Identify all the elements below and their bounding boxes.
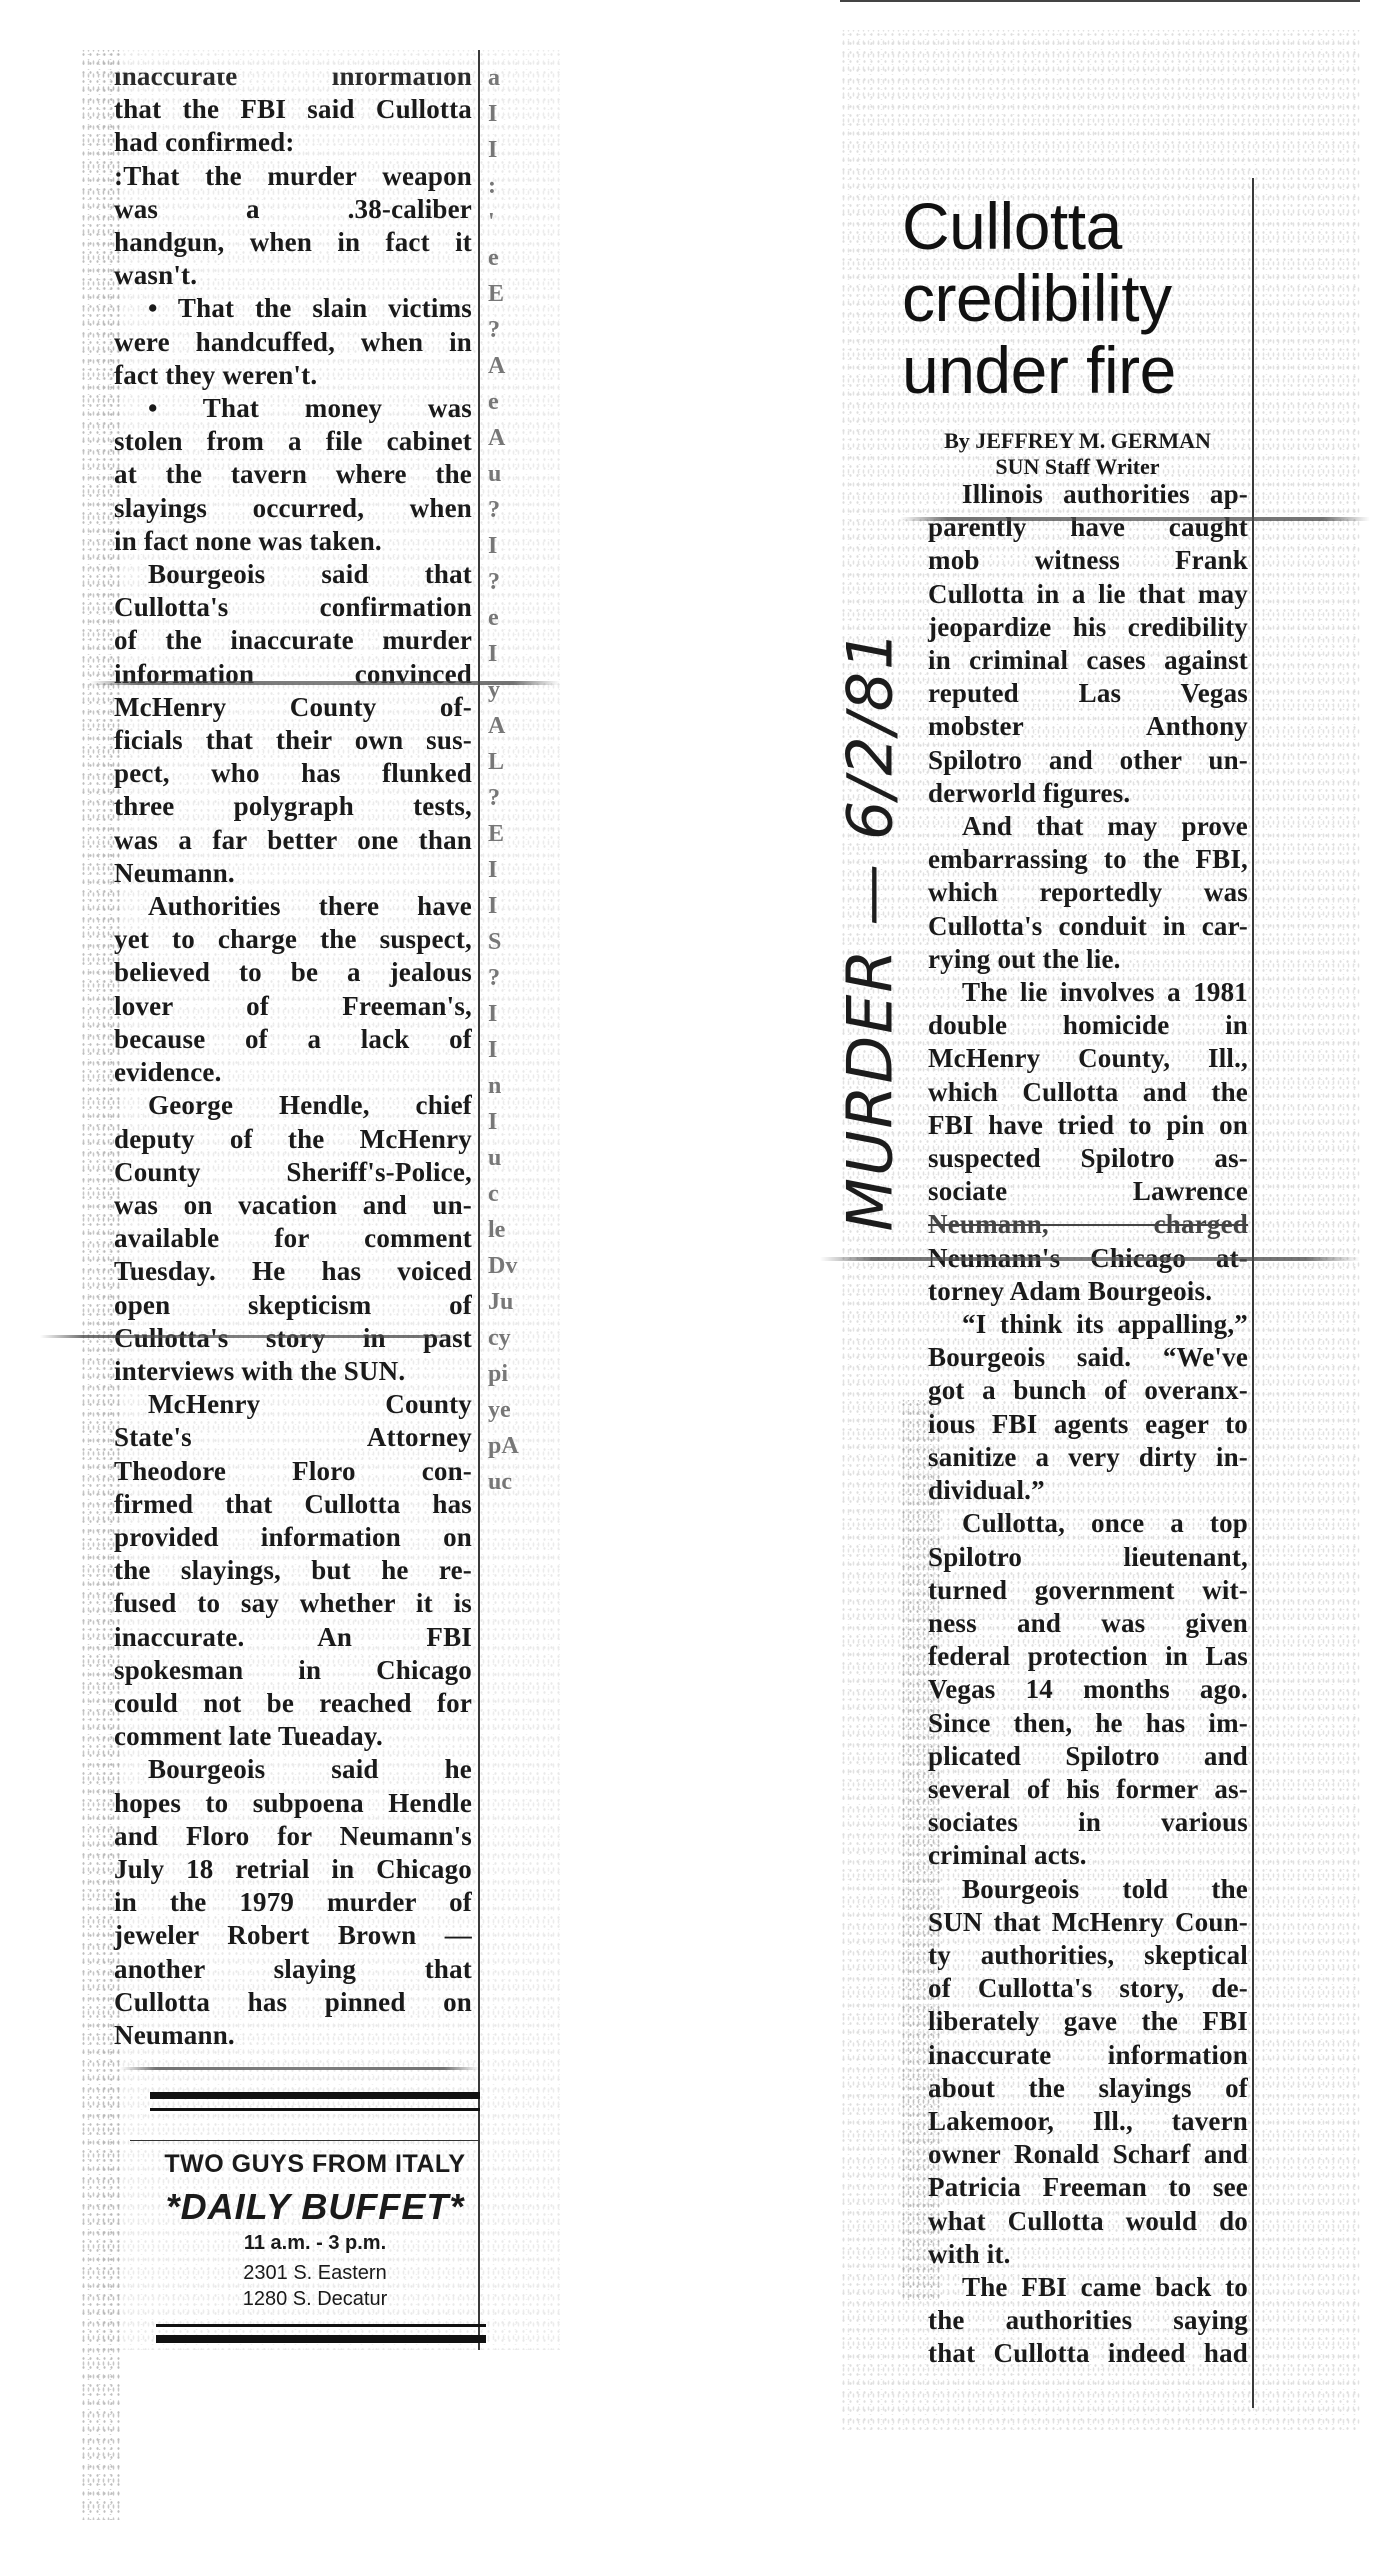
handwritten-date-note: MURDER — 6/2/81: [834, 629, 907, 1232]
text-line: interviews with the SUN.: [114, 1355, 472, 1388]
advertisement: TWO GUYS FROM ITALY *DAILY BUFFET* 11 a.…: [150, 2090, 490, 2350]
bleed-glyph: ?: [488, 312, 558, 348]
text-line: another slaying that: [114, 1953, 472, 1986]
text-line: plicated Spilotro and: [928, 1740, 1248, 1773]
bleed-glyph: I: [488, 996, 558, 1032]
bleed-glyph: Ju: [488, 1284, 558, 1320]
text-line: • That money was: [114, 392, 472, 425]
ad-title: TWO GUYS FROM ITALY: [150, 2150, 480, 2179]
text-line: SUN that McHenry Coun-: [928, 1906, 1248, 1939]
text-line: • That the slain victims: [114, 292, 472, 325]
bleed-glyph: A: [488, 420, 558, 456]
bleed-glyph: :: [488, 168, 558, 204]
bleed-glyph: ?: [488, 780, 558, 816]
text-line: Neumann.: [114, 2019, 472, 2052]
bleed-glyph: I: [488, 528, 558, 564]
text-line: which Cullotta and the: [928, 1076, 1248, 1109]
text-line: spokesman in Chicago: [114, 1654, 472, 1687]
text-line: McHenry County, Ill.,: [928, 1042, 1248, 1075]
text-line: open skepticism of: [114, 1289, 472, 1322]
text-line: evidence.: [114, 1056, 472, 1089]
bleed-glyph: S: [488, 924, 558, 960]
text-line: the slayings, but he re-: [114, 1554, 472, 1587]
text-line: And that may prove: [928, 810, 1248, 843]
text-line: jeweler Robert Brown —: [114, 1919, 472, 1952]
text-line: inaccurate. An FBI: [114, 1621, 472, 1654]
text-line: because of a lack of: [114, 1023, 472, 1056]
bleed-glyph: u: [488, 1140, 558, 1176]
ad-address: 1280 S. Decatur: [150, 2288, 480, 2311]
text-line: deputy of the McHenry: [114, 1123, 472, 1156]
bleed-glyph: A: [488, 708, 558, 744]
bleed-glyph: L: [488, 744, 558, 780]
text-line: slayings occurred, when: [114, 492, 472, 525]
fold-crease: [90, 681, 560, 685]
text-line: inaccurate information: [928, 2039, 1248, 2072]
bleed-glyph: le: [488, 1212, 558, 1248]
text-line: at the tavern where the: [114, 458, 472, 491]
fold-crease: [820, 1257, 1360, 1261]
bleed-glyph: pi: [488, 1356, 558, 1392]
text-line: hopes to subpoena Hendle: [114, 1787, 472, 1820]
text-line: criminal acts.: [928, 1839, 1248, 1872]
text-line: was a .38-caliber: [114, 193, 472, 226]
text-line: inaccurate information: [114, 60, 472, 93]
headline-line: credibility: [902, 262, 1252, 334]
bleed-glyph: I: [488, 96, 558, 132]
bleed-glyph: ': [488, 204, 558, 240]
headline-line: under fire: [902, 334, 1252, 406]
ad-address: 2301 S. Eastern: [150, 2262, 480, 2285]
text-line: Bourgeois told the: [928, 1873, 1248, 1906]
text-line: Tuesday. He has voiced: [114, 1255, 472, 1288]
text-line: three polygraph tests,: [114, 790, 472, 823]
text-line: got a bunch of overanx-: [928, 1374, 1248, 1407]
text-line: Bourgeois said that: [114, 558, 472, 591]
bleed-glyph: ye: [488, 1392, 558, 1428]
bleed-glyph: I: [488, 132, 558, 168]
text-line: Spilotro and other un-: [928, 744, 1248, 777]
text-line: comment late Tueaday.: [114, 1720, 472, 1753]
text-line: of the inaccurate murder: [114, 624, 472, 657]
text-line: mob witness Frank: [928, 544, 1248, 577]
ad-rule: [150, 2092, 480, 2099]
text-line: rying out the lie.: [928, 943, 1248, 976]
bleed-glyph: e: [488, 600, 558, 636]
text-line: derworld figures.: [928, 777, 1248, 810]
text-line: double homicide in: [928, 1009, 1248, 1042]
left-article-body: inaccurate informationthat the FBI said …: [114, 60, 472, 2052]
text-line: Lakemoor, Ill., tavern: [928, 2105, 1248, 2138]
text-line: embarrassing to the FBI,: [928, 843, 1248, 876]
text-line: McHenry County of-: [114, 691, 472, 724]
text-line: firmed that Cullotta has: [114, 1488, 472, 1521]
text-line: of Cullotta's story, de-: [928, 1972, 1248, 2005]
fold-crease: [40, 1335, 460, 1338]
bleed-glyph: u: [488, 456, 558, 492]
text-line: Vegas 14 months ago.: [928, 1673, 1248, 1706]
bleed-glyph: pA: [488, 1428, 558, 1464]
bleed-glyph: Dv: [488, 1248, 558, 1284]
ad-rule: [150, 2108, 480, 2111]
bleed-glyph: I: [488, 852, 558, 888]
text-line: Since then, he has im-: [928, 1707, 1248, 1740]
text-line: liberately gave the FBI: [928, 2005, 1248, 2038]
text-line: sociate Lawrence: [928, 1175, 1248, 1208]
text-line: State's Attorney: [114, 1421, 472, 1454]
text-line: Patricia Freeman to see: [928, 2171, 1248, 2204]
fold-crease: [120, 2067, 480, 2070]
text-line: federal protection in Las: [928, 1640, 1248, 1673]
text-line: that the FBI said Cullotta: [114, 93, 472, 126]
bleed-glyph: cy: [488, 1320, 558, 1356]
bleed-glyph: e: [488, 240, 558, 276]
byline-role: SUN Staff Writer: [905, 454, 1250, 480]
text-line: in the 1979 murder of: [114, 1886, 472, 1919]
text-line: The lie involves a 1981: [928, 976, 1248, 1009]
text-line: information convinced: [114, 658, 472, 691]
text-line: Cullotta's conduit in car-: [928, 910, 1248, 943]
text-line: owner Ronald Scharf and: [928, 2138, 1248, 2171]
ad-hours: 11 a.m. - 3 p.m.: [150, 2232, 480, 2255]
ad-rule: [156, 2335, 486, 2343]
text-line: mobster Anthony: [928, 710, 1248, 743]
text-line: Authorities there have: [114, 890, 472, 923]
text-line: ty authorities, skeptical: [928, 1939, 1248, 1972]
text-line: Bourgeois said. “We've: [928, 1341, 1248, 1374]
text-line: had confirmed:: [114, 126, 472, 159]
text-line: reputed Las Vegas: [928, 677, 1248, 710]
bleed-glyph: uc: [488, 1464, 558, 1500]
text-line: fact they weren't.: [114, 359, 472, 392]
text-line: that Cullotta indeed had: [928, 2337, 1248, 2370]
bleed-glyph: A: [488, 348, 558, 384]
text-line: County Sheriff's-Police,: [114, 1156, 472, 1189]
text-line: in criminal cases against: [928, 644, 1248, 677]
ad-rule: [156, 2324, 486, 2327]
headline-line: Cullotta: [902, 190, 1252, 262]
text-line: provided information on: [114, 1521, 472, 1554]
bleed-glyph: ?: [488, 564, 558, 600]
right-clipping: Cullotta credibility under fire By JEFFR…: [840, 20, 1360, 2460]
bleed-glyph: I: [488, 1104, 558, 1140]
bleed-glyph: E: [488, 816, 558, 852]
text-line: handgun, when in fact it: [114, 226, 472, 259]
text-line: Cullotta's story in past: [114, 1322, 472, 1355]
text-line: yet to charge the suspect,: [114, 923, 472, 956]
text-line: available for comment: [114, 1222, 472, 1255]
text-line: with it.: [928, 2238, 1248, 2271]
article-headline: Cullotta credibility under fire: [902, 190, 1252, 406]
text-line: Neumann.: [114, 857, 472, 890]
byline: By JEFFREY M. GERMAN SUN Staff Writer: [905, 428, 1250, 480]
bleed-glyph: I: [488, 1032, 558, 1068]
fold-crease: [900, 517, 1370, 521]
text-line: in fact none was taken.: [114, 525, 472, 558]
text-line: turned government wit-: [928, 1574, 1248, 1607]
text-line: Neumann, charged: [928, 1208, 1248, 1241]
adjacent-column-bleed: aII:'eE?AeAu?I?eIyAL?EIIS?IInIucleDvJucy…: [488, 60, 558, 2120]
text-line: what Cullotta would do: [928, 2205, 1248, 2238]
text-line: George Hendle, chief: [114, 1089, 472, 1122]
text-line: was a far better one than: [114, 824, 472, 857]
text-line: fused to say whether it is: [114, 1587, 472, 1620]
text-line: was on vacation and un-: [114, 1189, 472, 1222]
bleed-glyph: n: [488, 1068, 558, 1104]
text-line: suspected Spilotro as-: [928, 1142, 1248, 1175]
text-line: pect, who has flunked: [114, 757, 472, 790]
text-line: stolen from a file cabinet: [114, 425, 472, 458]
text-line: lover of Freeman's,: [114, 990, 472, 1023]
text-line: ness and was given: [928, 1607, 1248, 1640]
text-line: :That the murder weapon: [114, 160, 472, 193]
right-article-body: Illinois authorities ap-parently have ca…: [928, 478, 1248, 2371]
text-line: sociates in various: [928, 1806, 1248, 1839]
text-line: Illinois authorities ap-: [928, 478, 1248, 511]
handwritten-annotation: MURDER — 6/2/81: [800, 640, 940, 1220]
text-line: ious FBI agents eager to: [928, 1408, 1248, 1441]
bleed-glyph: y: [488, 672, 558, 708]
text-line: Spilotro lieutenant,: [928, 1541, 1248, 1574]
top-edge-fragment: [840, 0, 1360, 2]
text-line: about the slayings of: [928, 2072, 1248, 2105]
text-line: and Floro for Neumann's: [114, 1820, 472, 1853]
ad-headline: *DAILY BUFFET*: [150, 2186, 480, 2228]
text-line: Cullotta has pinned on: [114, 1986, 472, 2019]
bleed-glyph: I: [488, 636, 558, 672]
bleed-glyph: ?: [488, 960, 558, 996]
bleed-glyph: e: [488, 384, 558, 420]
bleed-glyph: E: [488, 276, 558, 312]
text-line: Cullotta's confirmation: [114, 591, 472, 624]
text-line: the authorities saying: [928, 2304, 1248, 2337]
text-line: Cullotta, once a top: [928, 1507, 1248, 1540]
text-line: McHenry County: [114, 1388, 472, 1421]
text-line: “I think its appalling,”: [928, 1308, 1248, 1341]
text-line: Theodore Floro con-: [114, 1455, 472, 1488]
text-line: could not be reached for: [114, 1687, 472, 1720]
ad-rule: [130, 2140, 480, 2141]
byline-author: By JEFFREY M. GERMAN: [905, 428, 1250, 454]
text-line: The FBI came back to: [928, 2271, 1248, 2304]
bleed-glyph: c: [488, 1176, 558, 1212]
column-rule: [1252, 178, 1254, 2408]
text-line: torney Adam Bourgeois.: [928, 1275, 1248, 1308]
text-line: dividual.”: [928, 1474, 1248, 1507]
text-line: jeopardize his credibility: [928, 611, 1248, 644]
text-line: believed to be a jealous: [114, 956, 472, 989]
text-line: Cullotta in a lie that may: [928, 578, 1248, 611]
text-line: ficials that their own sus-: [114, 724, 472, 757]
text-line: were handcuffed, when in: [114, 326, 472, 359]
text-line: Bourgeois said he: [114, 1753, 472, 1786]
text-line: several of his former as-: [928, 1773, 1248, 1806]
bleed-glyph: a: [488, 60, 558, 96]
left-clipping: inaccurate informationthat the FBI said …: [100, 50, 560, 2520]
text-line: July 18 retrial in Chicago: [114, 1853, 472, 1886]
text-line: wasn't.: [114, 259, 472, 292]
text-line: which reportedly was: [928, 876, 1248, 909]
text-line: FBI have tried to pin on: [928, 1109, 1248, 1142]
column-rule: [478, 50, 480, 2350]
bleed-glyph: ?: [488, 492, 558, 528]
bleed-glyph: I: [488, 888, 558, 924]
text-line: sanitize a very dirty in-: [928, 1441, 1248, 1474]
